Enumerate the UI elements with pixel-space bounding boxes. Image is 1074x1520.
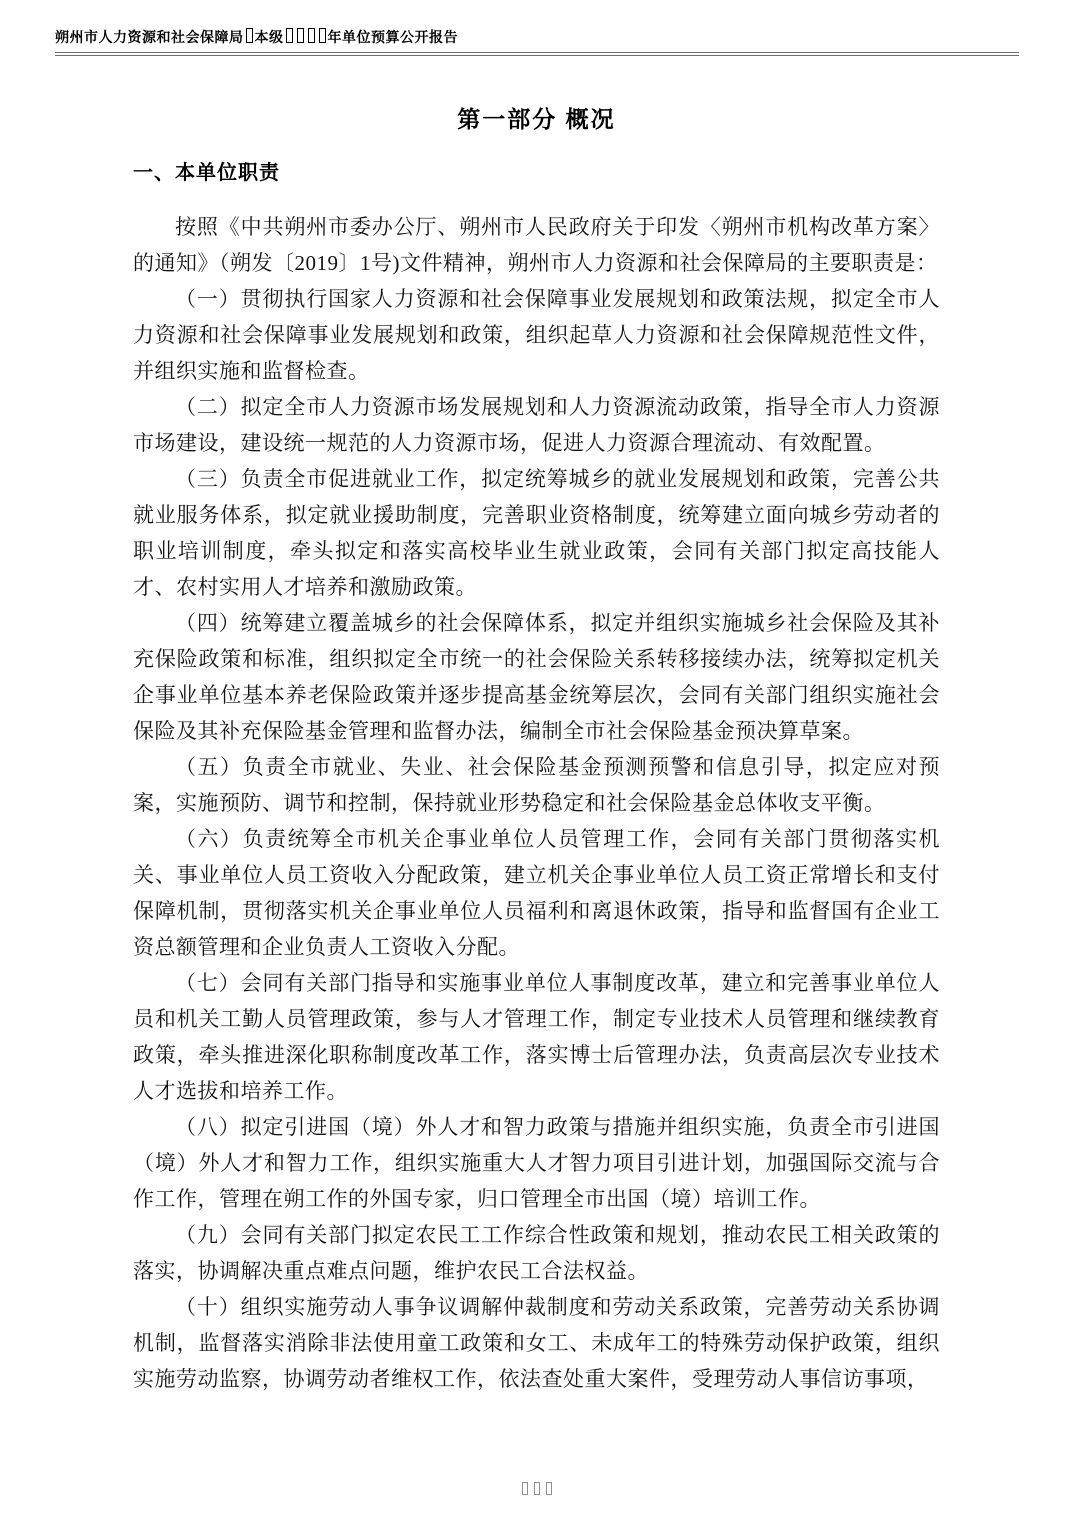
- paragraph-duty-5: （五）负责全市就业、失业、社会保险基金预测预警和信息引导，拟定应对预案，实施预防…: [133, 749, 940, 821]
- page-header: 朔州市人力资源和社会保障局本级年单位预算公开报告: [55, 28, 1019, 56]
- paragraph-duty-8: （八）拟定引进国（境）外人才和智力政策与措施并组织实施，负责全市引进国（境）外人…: [133, 1109, 940, 1217]
- paragraph-duty-1: （一）贯彻执行国家人力资源和社会保障事业发展规划和政策法规，拟定全市人力资源和社…: [133, 281, 940, 389]
- paragraph-duty-3: （三）负责全市促进就业工作，拟定统筹城乡的就业发展规划和政策，完善公共就业服务体…: [133, 461, 940, 605]
- footer-page-number: [0, 1482, 1074, 1498]
- header-divider-rule: [55, 52, 1019, 56]
- section-title-unit-duties: 一、本单位职责: [133, 159, 940, 187]
- document-content: 第一部分 概况 一、本单位职责 按照《中共朔州市委办公厅、朔州市人民政府关于印发…: [133, 103, 940, 1397]
- missing-glyph-box: [308, 28, 315, 43]
- paragraph-duty-9: （九）会同有关部门拟定农民工工作综合性政策和规划，推动农民工相关政策的落实，协调…: [133, 1217, 940, 1289]
- missing-glyph-box: [522, 1482, 528, 1495]
- document-page: { "doc": { "header_title": "朔州市人力资源和社会保障…: [0, 0, 1074, 1520]
- paragraph-duty-7: （七）会同有关部门指导和实施事业单位人事制度改革，建立和完善事业单位人员和机关工…: [133, 965, 940, 1109]
- header-document-title: 朔州市人力资源和社会保障局本级年单位预算公开报告: [55, 28, 1019, 46]
- paragraph-duty-2: （二）拟定全市人力资源市场发展规划和人力资源流动政策，指导全市人力资源市场建设，…: [133, 389, 940, 461]
- missing-glyph-box: [534, 1482, 540, 1495]
- paragraph-duty-6: （六）负责统筹全市机关企事业单位人员管理工作，会同有关部门贯彻落实机关、事业单位…: [133, 821, 940, 965]
- paragraph-duty-10: （十）组织实施劳动人事争议调解仲裁制度和劳动关系政策，完善劳动关系协调机制，监督…: [133, 1289, 940, 1397]
- missing-glyph-box: [546, 1482, 552, 1495]
- part-title: 第一部分 概况: [133, 103, 940, 135]
- paragraph-duty-4: （四）统筹建立覆盖城乡的社会保障体系，拟定并组织实施城乡社会保险及其补充保险政策…: [133, 605, 940, 749]
- paragraph-intro: 按照《中共朔州市委办公厅、朔州市人民政府关于印发〈朔州市机构改革方案〉的通知》（…: [133, 209, 940, 281]
- missing-glyph-box: [319, 28, 326, 43]
- missing-glyph-box: [246, 28, 253, 43]
- missing-glyph-box: [297, 28, 304, 43]
- missing-glyph-box: [286, 28, 293, 43]
